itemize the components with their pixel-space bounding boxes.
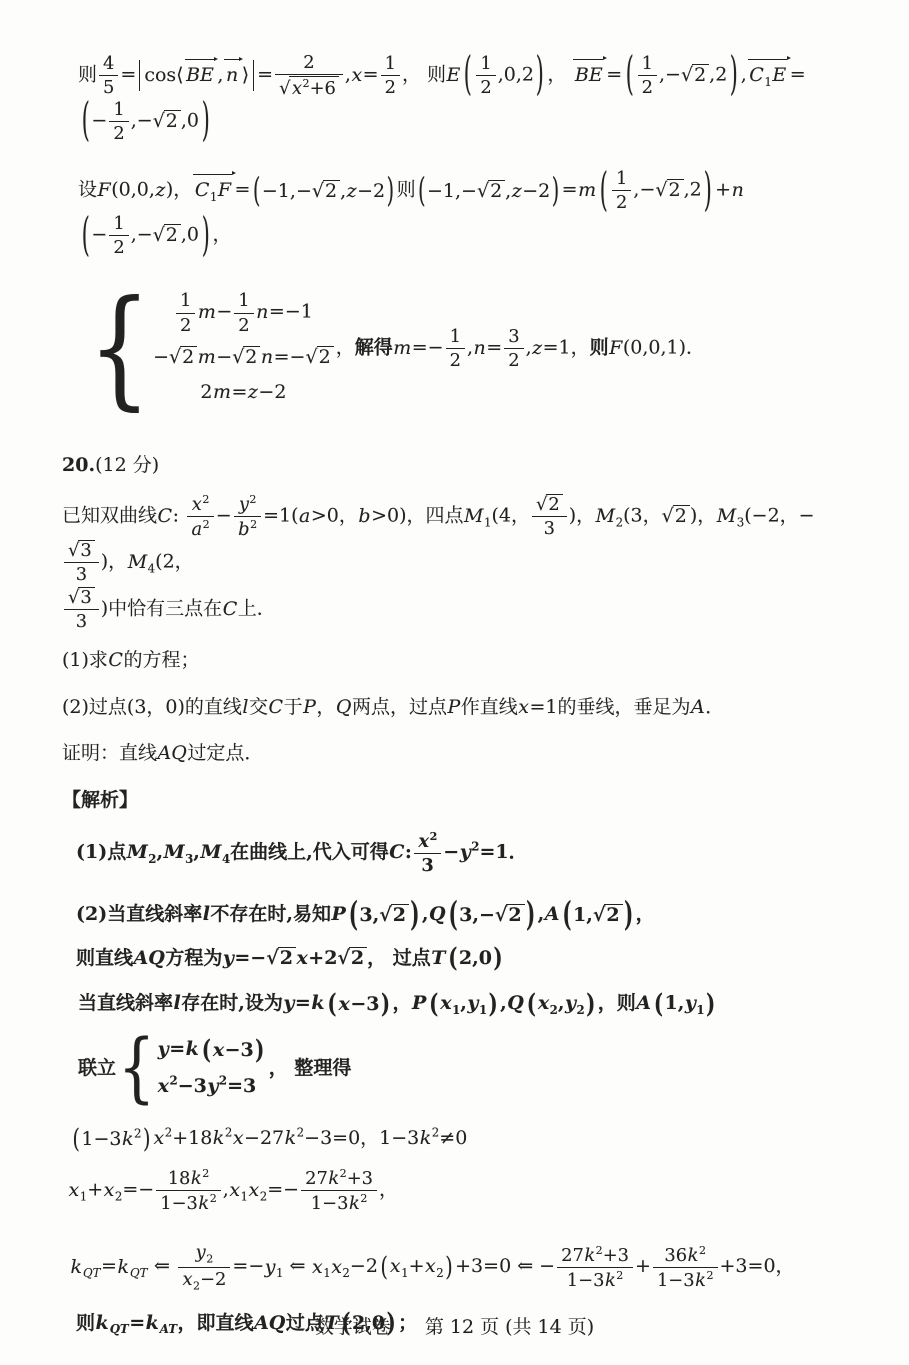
sol20-part2-no-slope: (2)当直线斜率l不存在时,易知P(3,√2),Q(3,−√2),A(1,√2)… bbox=[62, 900, 851, 929]
sol20-slope-chain: kQT=kQT ⇐ y2x2−2=−y1 ⇐ x1x2−2(x1+x2)+3=0… bbox=[62, 1242, 851, 1292]
system-equation-row: y=k(x−3) bbox=[157, 1035, 267, 1064]
problem-20-statement-line1: 已知双曲线C: x2a2−y2b2=1(a>0，b>0)，四点M1(4，√23)… bbox=[62, 493, 851, 585]
footer-page-indicator: 第 12 页 (共 14 页) bbox=[425, 1316, 594, 1338]
sol19-vector-line2: 设F(0,0,z)，C1F=(−1,−√2,z−2)则(−1,−√2,z−2)=… bbox=[62, 168, 851, 258]
sol20-slope-exists: 当直线斜率l存在时,设为y=k(x−3)，P(x1,y1),Q(x2,y2)，则… bbox=[62, 989, 851, 1019]
sol19-equation-system: {12m−12n=−1−√2m−√2n=−√22m=z−2，解得m=−12,n=… bbox=[62, 286, 851, 410]
sol19-equation-system-braced-group: {12m−12n=−1−√2m−√2n=−√22m=z−2 bbox=[88, 286, 334, 410]
problem-20-question-proof: 证明：直线AQ过定点． bbox=[62, 739, 851, 768]
system-equation-row: x2−3y2=3 bbox=[157, 1072, 256, 1101]
footer-doc-title: 数学试卷 bbox=[315, 1316, 391, 1338]
sol19-equation-system-suffix: ，解得m=−12,n=32,z=1，则F(0,0,1)． bbox=[336, 326, 705, 371]
page-footer: 数学试卷第 12 页 (共 14 页) bbox=[0, 1312, 909, 1339]
sol19-vector-line1: 则45=cos⟨BE,n⟩=2√x2+6,x=12， 则E(12,0,2)， B… bbox=[62, 52, 851, 144]
sol20-simultaneous-system-suffix: ， 整理得 bbox=[269, 1054, 352, 1083]
sol20-simultaneous-system: 联立{y=k(x−3)x2−3y2=3， 整理得 bbox=[62, 1031, 851, 1104]
system-equation-row: 12m−12n=−1 bbox=[174, 290, 313, 335]
sol20-vieta: x1+x2=−18k21−3k2,x1x2=−27k2+31−3k2， bbox=[62, 1167, 851, 1214]
problem-20-statement-line2: √33)中恰有三点在C上． bbox=[62, 587, 851, 632]
analysis-header: 【解析】 bbox=[62, 786, 851, 815]
left-brace: { bbox=[118, 1037, 155, 1098]
problem-20-question-1: (1)求C的方程； bbox=[62, 646, 851, 675]
system-equation-row: 2m=z−2 bbox=[200, 378, 286, 407]
system-equation-row: −√2m−√2n=−√2 bbox=[153, 343, 334, 372]
left-brace: { bbox=[88, 297, 151, 400]
page-content: 则45=cos⟨BE,n⟩=2√x2+6,x=12， 则E(12,0,2)， B… bbox=[0, 52, 909, 1339]
sol20-part1: (1)点M2,M3,M4在曲线上,代入可得C:x23−y2=1． bbox=[62, 830, 851, 876]
problem-20-question-2: (2)过点(3，0)的直线l交C于P，Q两点，过点P作直线x=1的垂线，垂足为A… bbox=[62, 693, 851, 722]
sol20-simultaneous-system-braced-group: {y=k(x−3)x2−3y2=3 bbox=[118, 1031, 267, 1104]
exam-page: 则45=cos⟨BE,n⟩=2√x2+6,x=12， 则E(12,0,2)， B… bbox=[0, 0, 909, 1365]
problem-20-header: 20.(12 分) bbox=[62, 451, 851, 480]
sol20-aq-equation: 则直线AQ方程为y=−√2x+2√2， 过点T(2,0) bbox=[62, 944, 851, 973]
sol20-quadratic: (1−3k2)x2+18k2x−27k2−3=0，1−3k2≠0 bbox=[62, 1124, 851, 1153]
sol20-simultaneous-system-prefix: 联立 bbox=[78, 1054, 116, 1083]
